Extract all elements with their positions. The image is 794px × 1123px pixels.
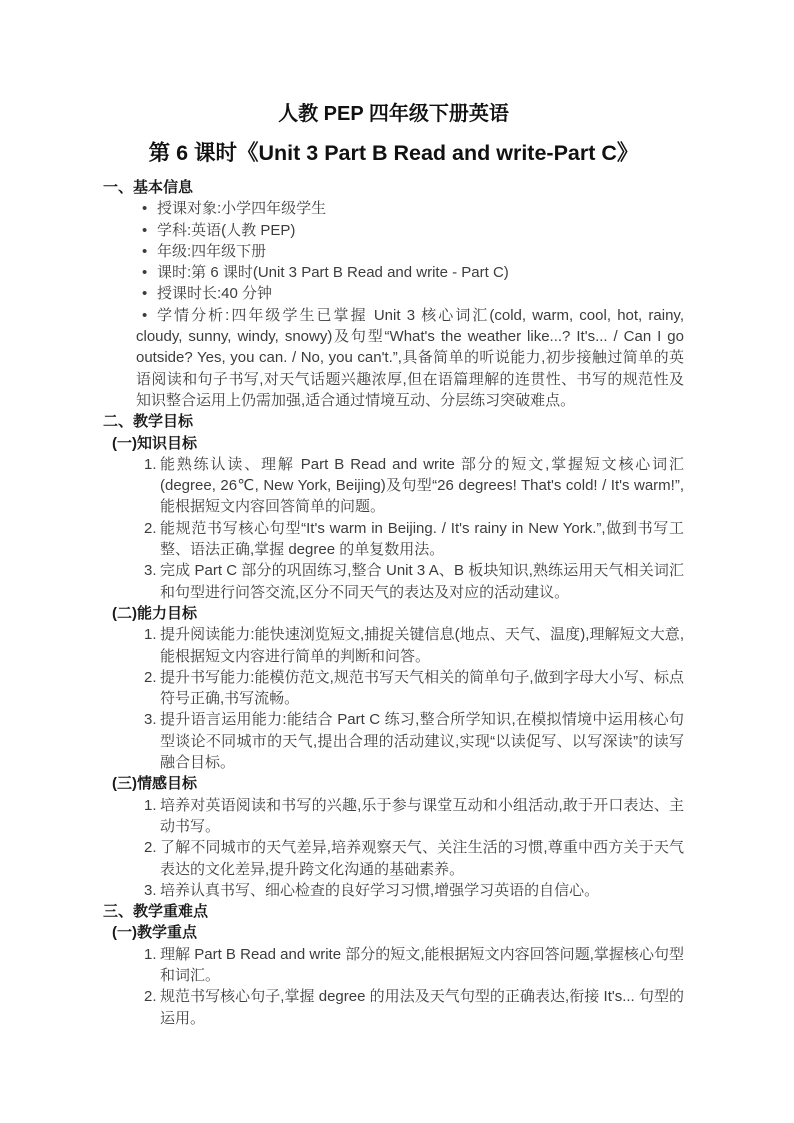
list-item-subject: 学科:英语(人教 PEP) <box>136 220 684 241</box>
knowledge-goals-list: 能熟练认读、理解 Part B Read and write 部分的短文,掌握短… <box>103 454 684 603</box>
list-item-emotion-3: 培养认真书写、细心检查的良好学习习惯,增强学习英语的自信心。 <box>160 880 684 901</box>
teaching-focus-list: 理解 Part B Read and write 部分的短文,能根据短文内容回答… <box>103 944 684 1029</box>
emotion-goals-list: 培养对英语阅读和书写的兴趣,乐于参与课堂互动和小组活动,敢于开口表达、主动书写。… <box>103 795 684 901</box>
list-item-ability-3: 提升语言运用能力:能结合 Part C 练习,整合所学知识,在模拟情境中运用核心… <box>160 709 684 773</box>
heading-ability-goals: (二)能力目标 <box>112 603 684 624</box>
basic-info-list: 授课对象:小学四年级学生 学科:英语(人教 PEP) 年级:四年级下册 课时:第… <box>103 198 684 411</box>
document-page: 人教 PEP 四年级下册英语 第 6 课时《Unit 3 Part B Read… <box>0 0 794 1123</box>
heading-knowledge-goals: (一)知识目标 <box>112 433 684 454</box>
list-item-duration: 授课时长:40 分钟 <box>136 283 684 304</box>
heading-key-difficult-points: 三、教学重难点 <box>103 901 684 922</box>
list-item-emotion-1: 培养对英语阅读和书写的兴趣,乐于参与课堂互动和小组活动,敢于开口表达、主动书写。 <box>160 795 684 838</box>
list-item-knowledge-3: 完成 Part C 部分的巩固练习,整合 Unit 3 A、B 板块知识,熟练运… <box>160 560 684 603</box>
doc-title-line1: 人教 PEP 四年级下册英语 <box>103 100 684 128</box>
heading-basic-info: 一、基本信息 <box>103 177 684 198</box>
list-item-knowledge-1: 能熟练认读、理解 Part B Read and write 部分的短文,掌握短… <box>160 454 684 518</box>
list-item-ability-2: 提升书写能力:能模仿范文,规范书写天气相关的简单句子,做到字母大小写、标点符号正… <box>160 667 684 710</box>
heading-teaching-focus: (一)教学重点 <box>112 922 684 943</box>
list-item-focus-1: 理解 Part B Read and write 部分的短文,能根据短文内容回答… <box>160 944 684 987</box>
heading-teaching-goals: 二、教学目标 <box>103 411 684 432</box>
list-item-lesson: 课时:第 6 课时(Unit 3 Part B Read and write -… <box>136 262 684 283</box>
list-item-focus-2: 规范书写核心句子,掌握 degree 的用法及天气句型的正确表达,衔接 It's… <box>160 986 684 1029</box>
list-item-ability-1: 提升阅读能力:能快速浏览短文,捕捉关键信息(地点、天气、温度),理解短文大意,能… <box>160 624 684 667</box>
doc-title-line2: 第 6 课时《Unit 3 Part B Read and write-Part… <box>103 138 684 168</box>
list-item-learner-analysis: 学情分析:四年级学生已掌握 Unit 3 核心词汇(cold, warm, co… <box>136 305 684 411</box>
ability-goals-list: 提升阅读能力:能快速浏览短文,捕捉关键信息(地点、天气、温度),理解短文大意,能… <box>103 624 684 773</box>
list-item-grade: 年级:四年级下册 <box>136 241 684 262</box>
list-item-knowledge-2: 能规范书写核心句型“It's warm in Beijing. / It's r… <box>160 518 684 561</box>
list-item-target-audience: 授课对象:小学四年级学生 <box>136 198 684 219</box>
heading-emotion-goals: (三)情感目标 <box>112 773 684 794</box>
list-item-emotion-2: 了解不同城市的天气差异,培养观察天气、关注生活的习惯,尊重中西方关于天气表达的文… <box>160 837 684 880</box>
